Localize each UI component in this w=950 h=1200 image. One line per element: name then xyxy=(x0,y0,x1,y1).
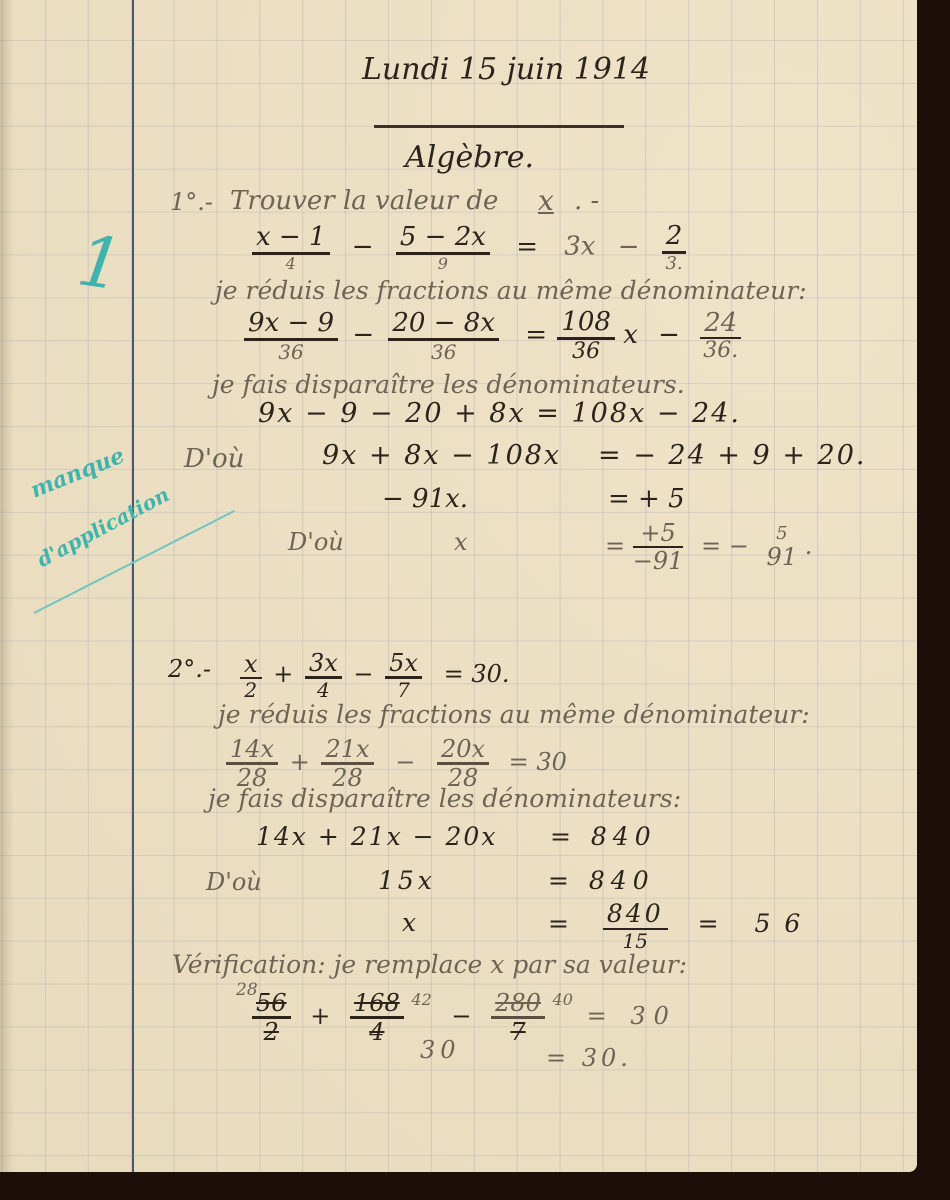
ex2-step3-rhs: = 840 xyxy=(548,866,655,895)
fraction: 9x − 936 xyxy=(244,309,338,363)
fraction: 1684 xyxy=(350,990,404,1046)
ex1-step3-rhs: = − 24 + 9 + 20. xyxy=(598,440,866,471)
teacher-comment-line1: manque xyxy=(27,442,128,503)
page-date: Lundi 15 juin 1914 xyxy=(362,52,650,87)
fraction: 84015 xyxy=(603,900,668,952)
ex1-instruction-end: . - xyxy=(574,186,599,216)
ex1-step1-text: je réduis les fractions au même dénomina… xyxy=(215,276,807,305)
teacher-strike-line xyxy=(34,510,235,614)
ex1-step4-rhs: = + 5 xyxy=(608,484,685,514)
verif-under: 30 xyxy=(420,1036,461,1064)
header-underline xyxy=(374,125,624,128)
ex2-step3-label: D'où xyxy=(206,868,262,896)
fraction: 20 − 8x36 xyxy=(388,309,499,363)
ex2-equation: x2 + 3x4 − 5x7 = 30. xyxy=(240,650,510,701)
ex1-step4-lhs: − 91x. xyxy=(382,484,468,514)
ex2-step2-rhs: = 840 xyxy=(550,822,657,851)
page-subject: Algèbre. xyxy=(405,140,534,175)
ex2-step2-text: je fais disparaître les dénominateurs: xyxy=(208,784,681,813)
ex1-equation: x − 14 − 5 − 2x9 = 3x − 23. xyxy=(252,222,686,273)
page-edge-shadow xyxy=(0,0,14,1172)
fraction: x − 14 xyxy=(252,223,330,272)
ex1-step3-label: D'où xyxy=(184,444,244,474)
notebook-page: Lundi 15 juin 1914 Algèbre. 1 manque d'a… xyxy=(0,0,917,1172)
fraction: 562 xyxy=(252,990,291,1046)
fraction: +5−91 xyxy=(633,520,684,575)
ex1-step1-equation: 9x − 936 − 20 − 8x36 = 10836 x − 2436. xyxy=(244,308,741,364)
fraction: 2807 xyxy=(491,990,545,1046)
ex1-step3-lhs: 9x + 8x − 108x xyxy=(322,440,561,471)
ex2-verification-text: Vérification: je remplace x par sa valeu… xyxy=(172,950,687,979)
ex1-instruction: Trouver la valeur de xyxy=(230,186,498,216)
ex1-step2-text: je fais disparaître les dénominateurs. xyxy=(212,370,685,399)
ex2-step3-lhs: 15x xyxy=(378,866,436,895)
fraction: 10836 xyxy=(557,308,615,364)
fraction: 2436. xyxy=(700,309,741,364)
ex2-label: 2°.- xyxy=(168,655,211,683)
fraction: 591 xyxy=(767,524,798,570)
ex2-step4-rhs: = 84015 = 56 xyxy=(548,900,814,952)
ex1-label: 1°.- xyxy=(170,188,213,216)
ex1-step5-lhs: x xyxy=(454,528,468,556)
ex2-step2-lhs: 14x + 21x − 20x xyxy=(256,822,497,851)
ex2-step4-lhs: x xyxy=(402,908,416,937)
ex1-step5-label: D'où xyxy=(288,528,344,556)
ex1-step5-rhs: = +5−91 = − 591 . xyxy=(605,520,812,575)
fraction: 3x4 xyxy=(305,650,342,701)
verif-final: = 30. xyxy=(546,1044,632,1072)
fraction: 5 − 2x9 xyxy=(396,223,490,272)
fraction: 5x7 xyxy=(385,650,422,701)
fraction: 23. xyxy=(662,222,687,273)
ex2-verification-equation: 562 + 1684 42 − 2807 40 = 30 xyxy=(252,990,677,1046)
ex2-step1-text: je réduis les fractions au même dénomina… xyxy=(218,700,810,729)
fraction: x2 xyxy=(240,651,262,701)
margin-line xyxy=(132,0,134,1172)
ex1-variable: x xyxy=(538,184,554,217)
ex1-step2-equation: 9x − 9 − 20 + 8x = 108x − 24. xyxy=(258,398,741,429)
grade-mark: 1 xyxy=(73,219,129,306)
